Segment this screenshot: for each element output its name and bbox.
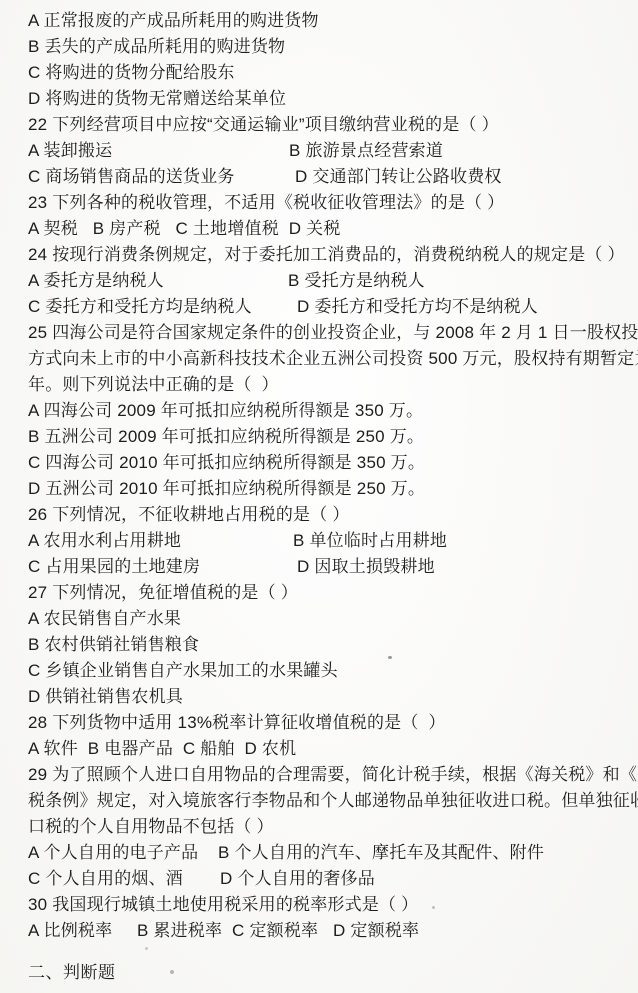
- question-line: 29 为了照顾个人进口自用物品的合理需要，简化计税手续，根据《海关税》和《关: [28, 762, 630, 788]
- option-line: B 农村供销社销售粮食: [28, 632, 630, 658]
- option-row: A 装卸搬运B 旅游景点经营索道: [28, 138, 630, 164]
- option-line: B 丢失的产成品所耗用的购进货物: [28, 34, 630, 60]
- option-text: A 个人自用的电子产品: [28, 840, 218, 866]
- scan-speck: [145, 947, 148, 950]
- option-row: C 个人自用的烟、酒D 个人自用的奢侈品: [28, 866, 630, 892]
- option-row: A 委托方是纳税人B 受托方是纳税人: [28, 268, 630, 294]
- option-text: C 占用果园的土地建房: [28, 554, 297, 580]
- option-text: B 旅游景点经营索道: [289, 141, 443, 160]
- option-line: D 供销社销售农机具: [28, 684, 630, 710]
- option-text: D 交通部门转让公路收费权: [295, 167, 502, 186]
- scan-speck: [432, 906, 435, 909]
- option-line: D 将购进的货物无常赠送给某单位: [28, 86, 630, 112]
- option-text: D 委托方和受托方均不是纳税人: [297, 297, 538, 316]
- document-page: A 正常报废的产成品所耗用的购进货物B 丢失的产成品所耗用的购进货物C 将购进的…: [0, 0, 638, 993]
- question-line: 税条例》规定，对入境旅客行李物品和个人邮递物品单独征收进口税。但单独征收进: [28, 788, 630, 814]
- option-row: C 商场销售商品的送货业务D 交通部门转让公路收费权: [28, 164, 630, 190]
- option-line: A 正常报废的产成品所耗用的购进货物: [28, 8, 630, 34]
- question-line: 方式向未上市的中小高新科技技术企业五洲公司投资 500 万元，股权持有期暂定为 …: [28, 346, 630, 372]
- question-line: 年。则下列说法中正确的是（ ）: [28, 372, 630, 398]
- option-line: A 契税 B 房产税 C 土地增值税 D 关税: [28, 216, 630, 242]
- option-text: A 委托方是纳税人: [28, 268, 288, 294]
- option-line: D 五洲公司 2010 年可抵扣应纳税所得额是 250 万。: [28, 476, 630, 502]
- option-line: C 将购进的货物分配给股东: [28, 60, 630, 86]
- option-text: B 受托方是纳税人: [288, 271, 425, 290]
- option-line: B 五洲公司 2009 年可抵扣应纳税所得额是 250 万。: [28, 424, 630, 450]
- option-text: B 单位临时占用耕地: [293, 531, 447, 550]
- option-row: A 农用水利占用耕地B 单位临时占用耕地: [28, 528, 630, 554]
- option-row: C 占用果园的土地建房D 因取土损毁耕地: [28, 554, 630, 580]
- option-line: A 农民销售自产水果: [28, 606, 630, 632]
- scan-speck: [170, 970, 174, 974]
- option-line: A 软件 B 电器产品 C 船舶 D 农机: [28, 736, 630, 762]
- option-line: A 比例税率 B 累进税率 C 定额税率 D 定额税率: [28, 918, 630, 944]
- question-line: 25 四海公司是符合国家规定条件的创业投资企业，与 2008 年 2 月 1 日…: [28, 320, 630, 346]
- exam-lines-container: A 正常报废的产成品所耗用的购进货物B 丢失的产成品所耗用的购进货物C 将购进的…: [28, 8, 630, 986]
- option-text: B 个人自用的汽车、摩托车及其配件、附件: [218, 843, 544, 862]
- option-text: A 装卸搬运: [28, 138, 289, 164]
- option-text: C 个人自用的烟、酒: [28, 866, 220, 892]
- section-heading: 二、判断题: [28, 960, 630, 986]
- question-line: 24 按现行消费条例规定，对于委托加工消费品的，消费税纳税人的规定是（ ）: [28, 242, 630, 268]
- option-line: A 四海公司 2009 年可抵扣应纳税所得额是 350 万。: [28, 398, 630, 424]
- option-line: C 四海公司 2010 年可抵扣应纳税所得额是 350 万。: [28, 450, 630, 476]
- question-line: 22 下列经营项目中应按“交通运输业”项目缴纳营业税的是（ ）: [28, 112, 630, 138]
- question-line: 30 我国现行城镇土地使用税采用的税率形式是（ ）: [28, 892, 630, 918]
- line-spacer: [28, 944, 630, 960]
- option-row: A 个人自用的电子产品B 个人自用的汽车、摩托车及其配件、附件: [28, 840, 630, 866]
- option-row: C 委托方和受托方均是纳税人D 委托方和受托方均不是纳税人: [28, 294, 630, 320]
- option-line: C 乡镇企业销售自产水果加工的水果罐头: [28, 658, 630, 684]
- question-line: 27 下列情况，免征增值税的是（ ）: [28, 580, 630, 606]
- question-line: 口税的个人自用物品不包括（ ）: [28, 814, 630, 840]
- option-text: A 农用水利占用耕地: [28, 528, 293, 554]
- question-line: 26 下列情况，不征收耕地占用税的是（ ）: [28, 502, 630, 528]
- option-text: C 商场销售商品的送货业务: [28, 164, 295, 190]
- option-text: D 个人自用的奢侈品: [220, 869, 375, 888]
- option-text: C 委托方和受托方均是纳税人: [28, 294, 297, 320]
- scan-speck: [388, 656, 392, 659]
- question-line: 28 下列货物中适用 13%税率计算征收增值税的是（ ）: [28, 710, 630, 736]
- question-line: 23 下列各种的税收管理，不适用《税收征收管理法》的是（ ）: [28, 190, 630, 216]
- option-text: D 因取土损毁耕地: [297, 557, 435, 576]
